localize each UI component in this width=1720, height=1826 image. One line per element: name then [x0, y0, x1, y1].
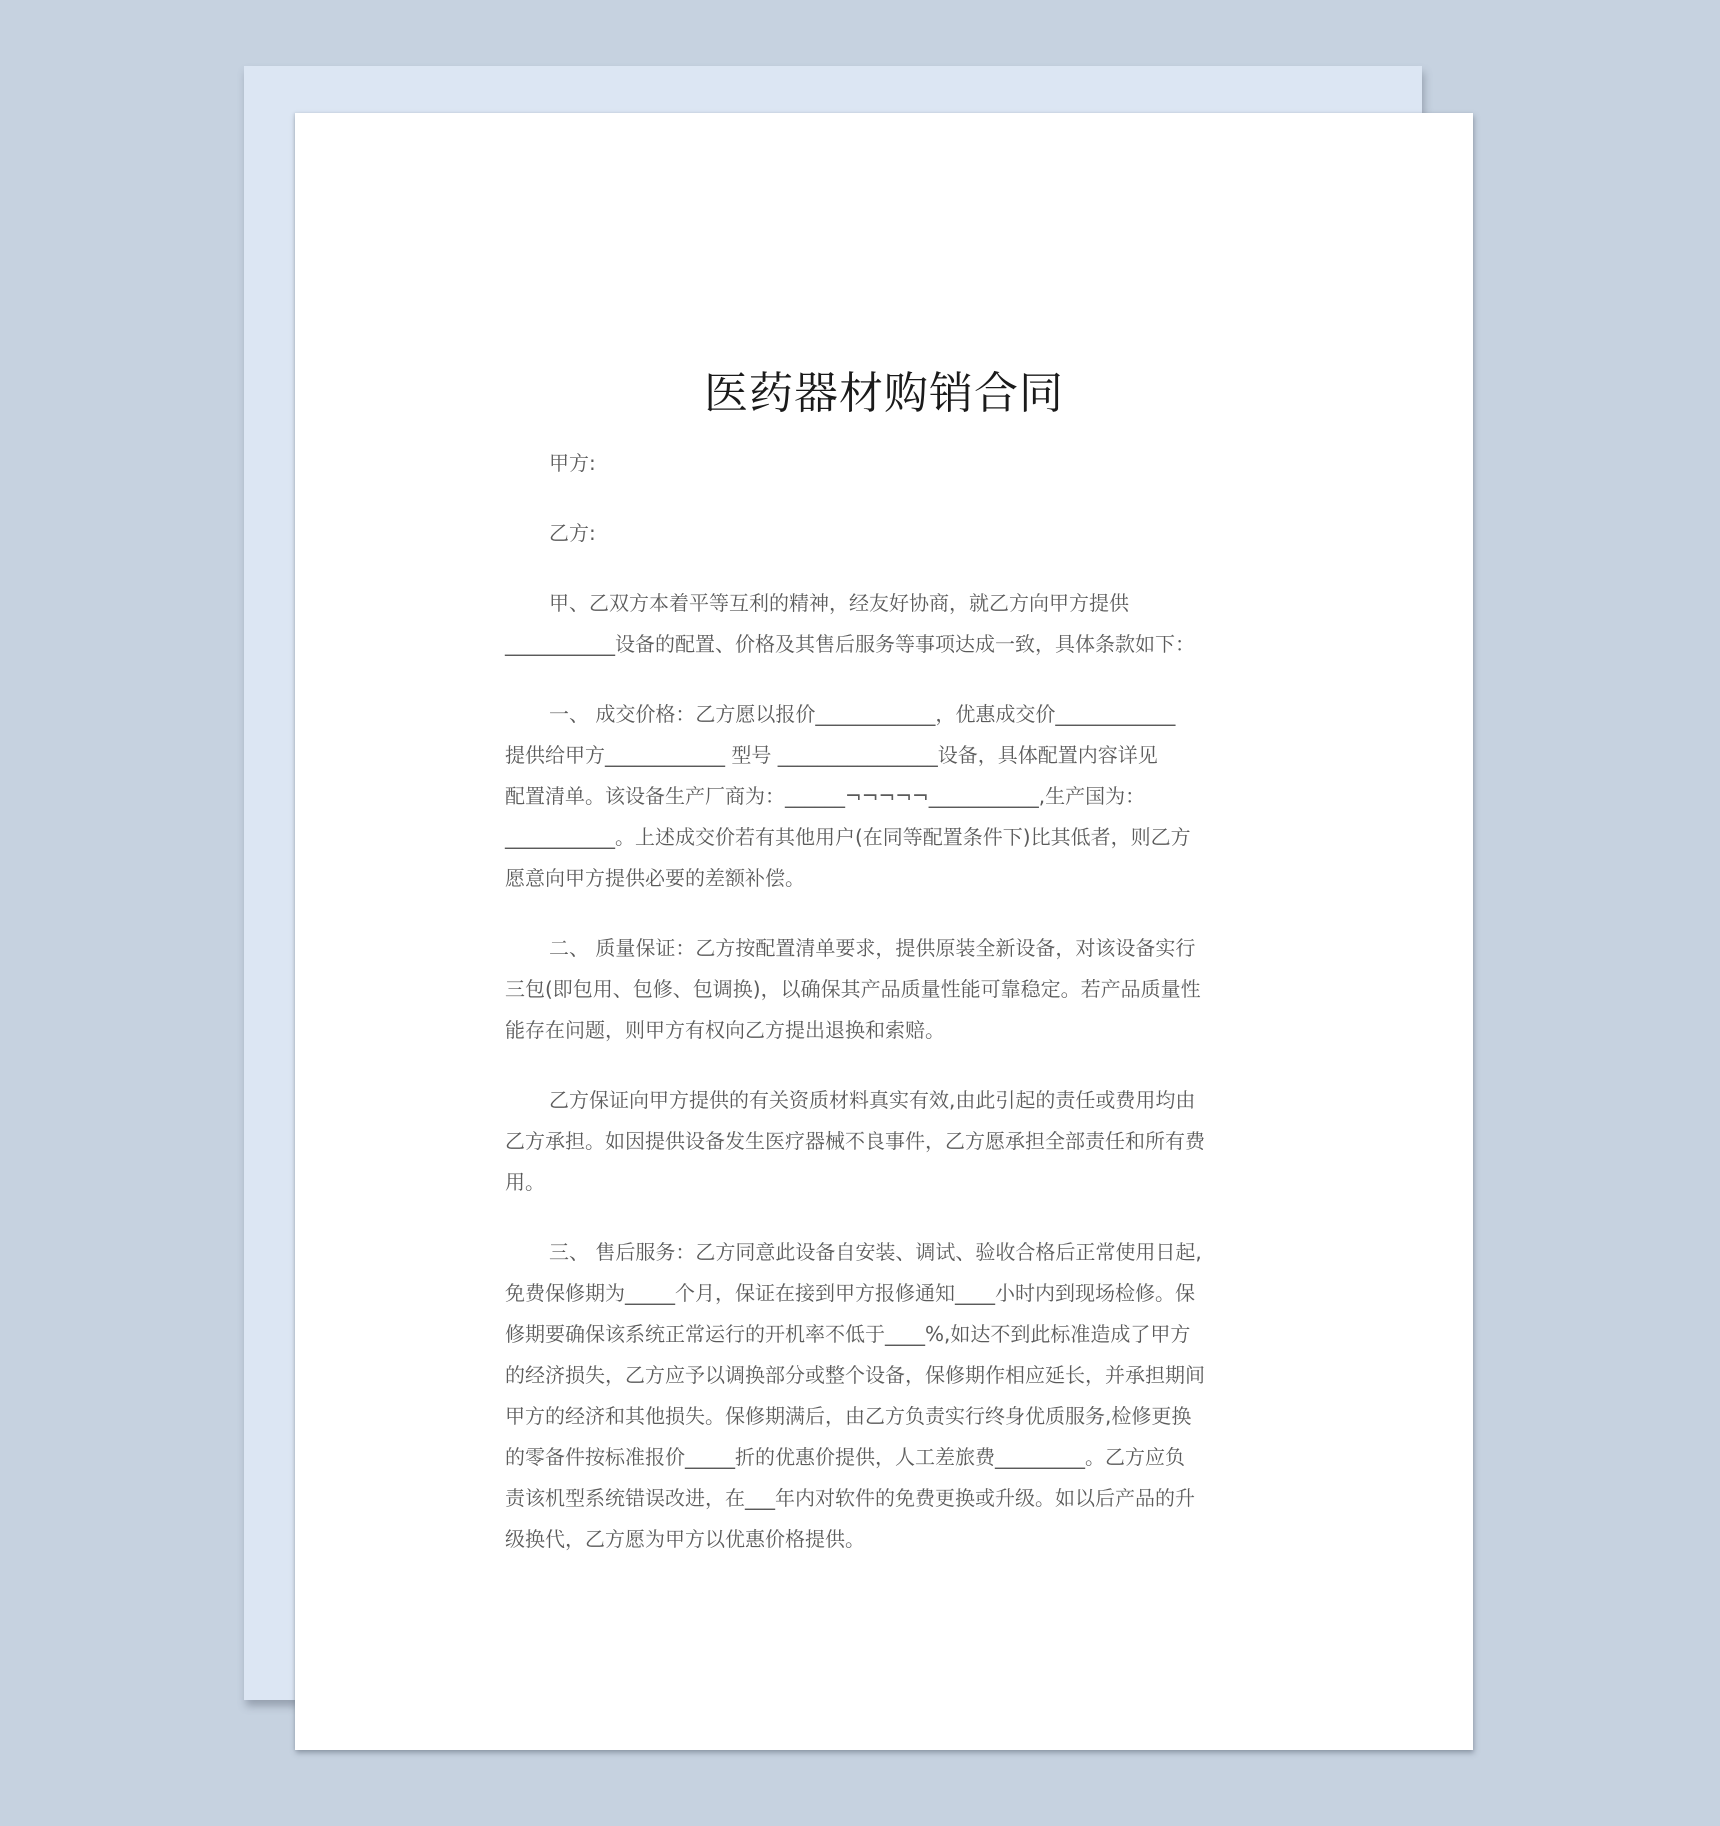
text-line: 配置清单。该设备生产厂商为：______¬¬¬¬¬___________,生产国… [505, 776, 1261, 817]
document-body: 甲方: 乙方: 甲、乙双方本着平等互利的精神，经友好协商，就乙方向甲方提供 __… [505, 443, 1261, 1589]
text-line: 一、 成交价格：乙方愿以报价____________，优惠成交价________… [505, 694, 1261, 735]
qualification-paragraph: 乙方保证向甲方提供的有关资质材料真实有效,由此引起的责任或费用均由 乙方承担。如… [505, 1080, 1261, 1203]
intro-paragraph: 甲、乙双方本着平等互利的精神，经友好协商，就乙方向甲方提供 __________… [505, 583, 1261, 665]
text-line: 免费保修期为_____个月，保证在接到甲方报修通知____小时内到现场检修。保 [505, 1273, 1261, 1314]
text-line: 的零备件按标准报价_____折的优惠价提供，人工差旅费_________。乙方应… [505, 1437, 1261, 1478]
text-line: 的经济损失，乙方应予以调换部分或整个设备，保修期作相应延长，并承担期间 [505, 1355, 1261, 1396]
text-line: 三、 售后服务：乙方同意此设备自安装、调试、验收合格后正常使用日起, [505, 1232, 1261, 1273]
text-line: 级换代，乙方愿为甲方以优惠价格提供。 [505, 1519, 1261, 1560]
text-line: 乙方承担。如因提供设备发生医疗器械不良事件，乙方愿承担全部责任和所有费 [505, 1121, 1261, 1162]
text-line: 乙方保证向甲方提供的有关资质材料真实有效,由此引起的责任或费用均由 [505, 1080, 1261, 1121]
clause-price-paragraph: 一、 成交价格：乙方愿以报价____________，优惠成交价________… [505, 694, 1261, 899]
text-line: 愿意向甲方提供必要的差额补偿。 [505, 858, 1261, 899]
document-title: 医药器材购销合同 [295, 364, 1473, 424]
text-line: 甲方的经济和其他损失。保修期满后，由乙方负责实行终身优质服务,检修更换 [505, 1396, 1261, 1437]
party-a-line: 甲方: [505, 443, 1261, 484]
front-page-sheet: 医药器材购销合同 甲方: 乙方: 甲、乙双方本着平等互利的精神，经友好协商，就乙… [295, 113, 1473, 1750]
text-line: 能存在问题，则甲方有权向乙方提出退换和索赔。 [505, 1010, 1261, 1051]
text-line: 修期要确保该系统正常运行的开机率不低于____%,如达不到此标准造成了甲方 [505, 1314, 1261, 1355]
text-line: ___________设备的配置、价格及其售后服务等事项达成一致，具体条款如下： [505, 624, 1261, 665]
text-line: 提供给甲方____________ 型号 ________________设备，… [505, 735, 1261, 776]
text-line: 用。 [505, 1162, 1261, 1203]
clause-service-paragraph: 三、 售后服务：乙方同意此设备自安装、调试、验收合格后正常使用日起, 免费保修期… [505, 1232, 1261, 1560]
clause-quality-paragraph: 二、 质量保证：乙方按配置清单要求，提供原装全新设备，对该设备实行 三包(即包用… [505, 928, 1261, 1051]
party-a-label: 甲方: [505, 443, 1261, 484]
text-line: 责该机型系统错误改进，在___年内对软件的免费更换或升级。如以后产品的升 [505, 1478, 1261, 1519]
text-line: 三包(即包用、包修、包调换)，以确保其产品质量性能可靠稳定。若产品质量性 [505, 969, 1261, 1010]
party-b-line: 乙方: [505, 513, 1261, 554]
text-line: ___________。上述成交价若有其他用户(在同等配置条件下)比其低者，则乙… [505, 817, 1261, 858]
party-b-label: 乙方: [505, 513, 1261, 554]
text-line: 二、 质量保证：乙方按配置清单要求，提供原装全新设备，对该设备实行 [505, 928, 1261, 969]
text-line: 甲、乙双方本着平等互利的精神，经友好协商，就乙方向甲方提供 [505, 583, 1261, 624]
